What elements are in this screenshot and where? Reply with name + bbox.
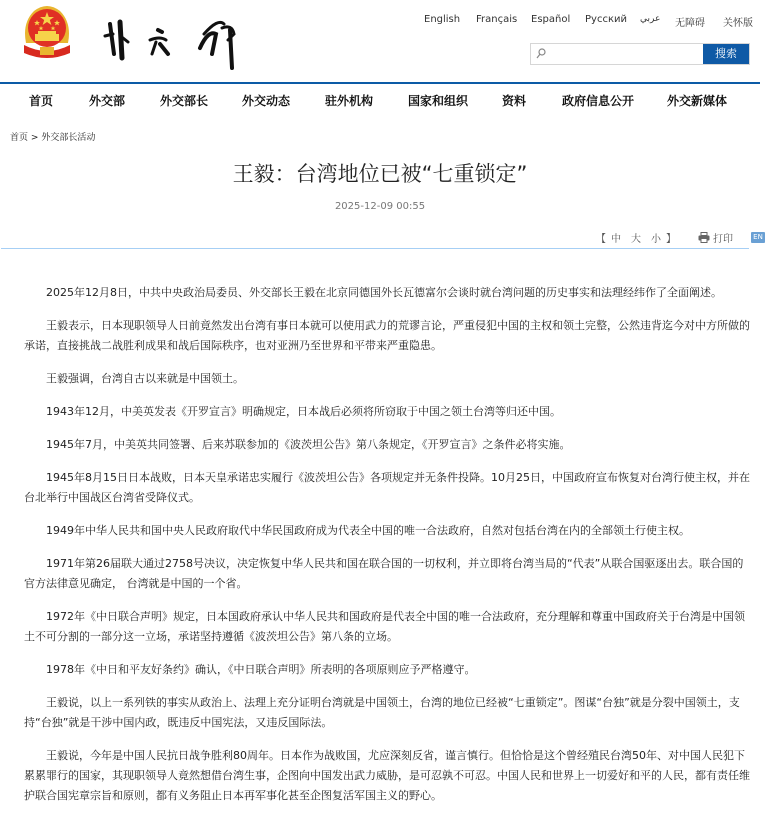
nav-item-new-media[interactable]: 外交新媒体 bbox=[667, 92, 727, 109]
font-size-medium-button[interactable]: 中 bbox=[611, 230, 621, 245]
main-nav: 首页 外交部 外交部长 外交动态 驻外机构 国家和组织 资料 政府信息公开 外交… bbox=[0, 82, 760, 118]
nav-item-minister[interactable]: 外交部长 bbox=[160, 92, 208, 109]
article-paragraph: 王毅强调，台湾自古以来就是中国领土。 bbox=[24, 369, 754, 389]
article-paragraph: 1943年12月，中美英发表《开罗宣言》明确规定，日本战后必须将所窃取于中国之领… bbox=[24, 402, 754, 422]
search-input[interactable] bbox=[549, 44, 703, 64]
article-paragraph: 王毅表示，日本现职领导人日前竟然发出台湾有事日本就可以使用武力的荒谬言论，严重侵… bbox=[24, 316, 754, 356]
nav-item-home[interactable]: 首页 bbox=[29, 92, 53, 109]
article-tools: 【 中 大 小 】 打印 EN bbox=[596, 230, 765, 245]
ministry-calligraphy-logo[interactable] bbox=[100, 10, 245, 70]
tools-divider bbox=[1, 248, 749, 249]
elderly-care-mode-link[interactable]: 关怀版 bbox=[723, 14, 763, 29]
article-paragraph: 王毅说，今年是中国人民抗日战争胜利80周年。日本作为战败国，尤应深刻反省，谨言慎… bbox=[24, 746, 754, 806]
lang-russian-link[interactable]: Русский bbox=[585, 14, 640, 29]
search-button[interactable]: 搜索 bbox=[703, 44, 749, 64]
article-title: 王毅：台湾地位已被“七重锁定” bbox=[0, 158, 760, 188]
article-paragraph: 1945年7月，中美英共同签署、后来苏联参加的《波茨坦公告》第八条规定，《开罗宣… bbox=[24, 435, 754, 455]
accessibility-link[interactable]: 无障碍 bbox=[675, 14, 723, 29]
lang-french-link[interactable]: Français bbox=[476, 14, 531, 29]
lang-english-link[interactable]: English bbox=[424, 14, 476, 29]
nav-item-resources[interactable]: 资料 bbox=[502, 92, 526, 109]
font-size-small-button[interactable]: 小 bbox=[651, 230, 661, 245]
article-paragraph: 2025年12月8日，中共中央政治局委员、外交部长王毅在北京同德国外长瓦德富尔会… bbox=[24, 283, 754, 303]
nav-item-countries-organizations[interactable]: 国家和组织 bbox=[408, 92, 468, 109]
lang-spanish-link[interactable]: Español bbox=[531, 14, 585, 29]
language-bar: English Français Español Русский عربي 无障… bbox=[424, 14, 763, 29]
print-label: 打印 bbox=[713, 230, 733, 245]
article-date: 2025-12-09 00:55 bbox=[0, 201, 760, 212]
font-size-bracket-close: 】 bbox=[666, 230, 676, 245]
article-paragraph: 1971年第26届联大通过2758号决议，决定恢复中华人民共和国在联合国的一切权… bbox=[24, 554, 754, 594]
font-size-large-button[interactable]: 大 bbox=[631, 230, 641, 245]
nav-item-gov-info-disclosure[interactable]: 政府信息公开 bbox=[562, 92, 634, 109]
article-paragraph: 王毅说，以上一系列铁的事实从政治上、法理上充分证明台湾就是中国领土，台湾的地位已… bbox=[24, 693, 754, 733]
nav-item-diplomatic-news[interactable]: 外交动态 bbox=[242, 92, 290, 109]
article-body: 2025年12月8日，中共中央政治局委员、外交部长王毅在北京同德国外长瓦德富尔会… bbox=[24, 283, 754, 819]
search-icon bbox=[531, 44, 549, 64]
breadcrumb: 首页 > 外交部长活动 bbox=[10, 130, 95, 143]
printer-icon bbox=[698, 232, 710, 243]
national-emblem-logo[interactable] bbox=[20, 3, 74, 61]
article-paragraph: 1945年8月15日日本战败，日本天皇承诺忠实履行《波茨坦公告》各项规定并无条件… bbox=[24, 468, 754, 508]
search-box: 搜索 bbox=[530, 43, 750, 65]
font-size-bracket-open: 【 bbox=[596, 230, 606, 245]
breadcrumb-home-link[interactable]: 首页 bbox=[10, 133, 28, 143]
breadcrumb-separator: > bbox=[31, 133, 39, 143]
lang-arabic-link[interactable]: عربي bbox=[640, 14, 675, 29]
article-paragraph: 1972年《中日联合声明》规定，日本国政府承认中华人民共和国政府是代表全中国的唯… bbox=[24, 607, 754, 647]
article-paragraph: 1949年中华人民共和国中央人民政府取代中华民国政府成为代表全中国的唯一合法政府… bbox=[24, 521, 754, 541]
print-button[interactable]: 打印 bbox=[698, 230, 733, 245]
breadcrumb-current-link[interactable]: 外交部长活动 bbox=[41, 133, 95, 143]
site-header: English Français Español Русский عربي 无障… bbox=[0, 0, 779, 80]
nav-item-missions-abroad[interactable]: 驻外机构 bbox=[325, 92, 373, 109]
nav-item-ministry[interactable]: 外交部 bbox=[89, 92, 125, 109]
article-paragraph: 1978年《中日和平友好条约》确认，《中日联合声明》所表明的各项原则应予严格遵守… bbox=[24, 660, 754, 680]
english-version-button[interactable]: EN bbox=[751, 232, 765, 243]
